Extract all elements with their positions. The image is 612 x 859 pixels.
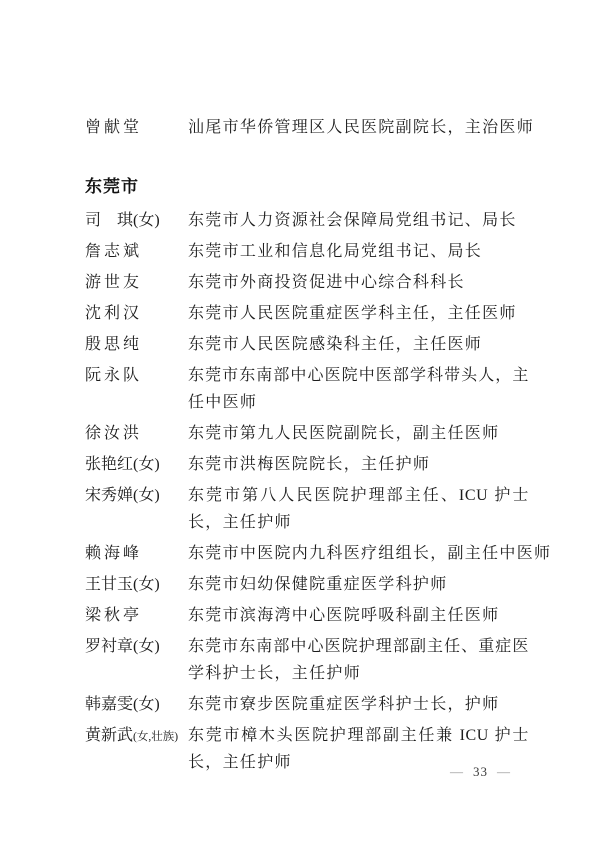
person-title: 东莞市外商投资促进中心综合科科长 [188, 269, 555, 296]
page-number-dash-right: — [497, 764, 511, 779]
person-name-text: 张艳红 [85, 456, 133, 473]
person-name-text: 沈利汉 [85, 305, 142, 322]
page-number-value: 33 [464, 764, 497, 779]
person-entry: 阮永队 东莞市东南部中心医院中医部学科带头人，主任中医师 [85, 362, 555, 416]
person-entry: 梁秋亭 东莞市滨海湾中心医院呼吸科副主任医师 [85, 602, 555, 629]
person-name: 罗衬章(女) [85, 633, 188, 660]
person-entry: 沈利汉 东莞市人民医院重症医学科主任，主任医师 [85, 300, 555, 327]
person-entry: 游世友 东莞市外商投资促进中心综合科科长 [85, 269, 555, 296]
person-title: 东莞市中医院内九科医疗组组长，副主任中医师 [188, 540, 555, 567]
person-name-text: 殷思纯 [85, 336, 142, 353]
person-title: 东莞市东南部中心医院护理部副主任、重症医学科护士长，主任护师 [188, 633, 555, 687]
person-title: 东莞市第九人民医院副院长，副主任医师 [188, 420, 555, 447]
person-name-text: 司 琪 [85, 212, 133, 229]
person-entry: 曾献堂 汕尾市华侨管理区人民医院副院长，主治医师 [85, 114, 555, 141]
person-title: 东莞市妇幼保健院重症医学科护师 [188, 571, 555, 598]
person-entry: 司 琪(女) 东莞市人力资源社会保障局党组书记、局长 [85, 207, 555, 234]
person-entry: 殷思纯 东莞市人民医院感染科主任，主任医师 [85, 331, 555, 358]
person-title-line: 长，主任护师 [188, 509, 555, 536]
person-name: 詹志斌 [85, 238, 188, 265]
person-name: 张艳红(女) [85, 451, 188, 478]
person-title-line: 东莞市第九人民医院副院长，副主任医师 [188, 420, 555, 447]
person-name-text: 詹志斌 [85, 243, 142, 260]
person-entry: 赖海峰 东莞市中医院内九科医疗组组长，副主任中医师 [85, 540, 555, 567]
person-name-text: 梁秋亭 [85, 607, 142, 624]
person-name: 王甘玉(女) [85, 571, 188, 598]
person-name-text: 阮永队 [85, 367, 142, 384]
person-name: 徐汝洪 [85, 420, 188, 447]
person-title-line: 任中医师 [188, 389, 555, 416]
person-name: 曾献堂 [85, 114, 188, 141]
person-title: 东莞市寮步医院重症医学科护士长，护师 [188, 691, 555, 718]
person-title-line: 东莞市洪梅医院院长，主任护师 [188, 451, 555, 478]
person-title: 汕尾市华侨管理区人民医院副院长，主治医师 [188, 114, 555, 141]
person-title-line: 东莞市东南部中心医院中医部学科带头人，主 [188, 362, 529, 389]
person-name-note: (女) [133, 576, 160, 593]
person-title: 东莞市第八人民医院护理部主任、ICU 护士长，主任护师 [188, 482, 555, 536]
person-title-line: 东莞市人力资源社会保障局党组书记、局长 [188, 207, 555, 234]
person-name: 梁秋亭 [85, 602, 188, 629]
person-entry: 韩嘉雯(女) 东莞市寮步医院重症医学科护士长，护师 [85, 691, 555, 718]
person-name: 司 琪(女) [85, 207, 188, 234]
person-name: 阮永队 [85, 362, 188, 389]
person-name: 殷思纯 [85, 331, 188, 358]
person-entry: 罗衬章(女) 东莞市东南部中心医院护理部副主任、重症医学科护士长，主任护师 [85, 633, 555, 687]
person-name: 游世友 [85, 269, 188, 296]
page-number: —33— [450, 763, 511, 781]
person-title-line: 东莞市东南部中心医院护理部副主任、重症医 [188, 633, 529, 660]
entry-list-previous-city: 曾献堂 汕尾市华侨管理区人民医院副院长，主治医师 [85, 114, 555, 141]
person-title: 东莞市人民医院感染科主任，主任医师 [188, 331, 555, 358]
person-entry: 宋秀婵(女) 东莞市第八人民医院护理部主任、ICU 护士长，主任护师 [85, 482, 555, 536]
person-title-line: 东莞市寮步医院重症医学科护士长，护师 [188, 691, 555, 718]
page-content: 曾献堂 汕尾市华侨管理区人民医院副院长，主治医师 东莞市 司 琪(女) 东莞市人… [85, 114, 555, 780]
person-name-note: (女) [133, 696, 160, 713]
person-title-line: 东莞市人民医院重症医学科主任，主任医师 [188, 300, 555, 327]
person-name-text: 黄新武 [85, 727, 133, 744]
person-title-line: 东莞市第八人民医院护理部主任、ICU 护士 [188, 482, 529, 509]
person-title: 东莞市人民医院重症医学科主任，主任医师 [188, 300, 555, 327]
person-title: 东莞市滨海湾中心医院呼吸科副主任医师 [188, 602, 555, 629]
person-name-note: (女) [133, 456, 160, 473]
person-name: 黄新武(女,壮族) [85, 722, 188, 751]
person-name-text: 韩嘉雯 [85, 696, 133, 713]
person-entry: 王甘玉(女) 东莞市妇幼保健院重症医学科护师 [85, 571, 555, 598]
person-name-text: 徐汝洪 [85, 425, 142, 442]
person-title: 东莞市人力资源社会保障局党组书记、局长 [188, 207, 555, 234]
person-title-line: 东莞市工业和信息化局党组书记、局长 [188, 238, 555, 265]
person-title-line: 东莞市樟木头医院护理部副主任兼 ICU 护士 [188, 722, 529, 749]
person-title-line: 汕尾市华侨管理区人民医院副院长，主治医师 [188, 114, 555, 141]
person-name-note: (女) [133, 212, 160, 229]
person-title-line: 学科护士长，主任护师 [188, 660, 555, 687]
person-name-note: (女) [133, 638, 160, 655]
person-name: 宋秀婵(女) [85, 482, 188, 509]
document-page: 曾献堂 汕尾市华侨管理区人民医院副院长，主治医师 东莞市 司 琪(女) 东莞市人… [0, 0, 612, 859]
person-title-line: 东莞市妇幼保健院重症医学科护师 [188, 571, 555, 598]
person-name-text: 赖海峰 [85, 545, 142, 562]
person-name: 赖海峰 [85, 540, 188, 567]
person-name-note: (女) [133, 487, 160, 504]
person-title-line: 东莞市外商投资促进中心综合科科长 [188, 269, 555, 296]
person-title-line: 东莞市人民医院感染科主任，主任医师 [188, 331, 555, 358]
person-title-line: 东莞市滨海湾中心医院呼吸科副主任医师 [188, 602, 555, 629]
person-name-text: 曾献堂 [85, 119, 142, 136]
person-name-text: 王甘玉 [85, 576, 133, 593]
person-name-note: (女,壮族) [133, 731, 178, 743]
person-title: 东莞市东南部中心医院中医部学科带头人，主任中医师 [188, 362, 555, 416]
person-title: 东莞市洪梅医院院长，主任护师 [188, 451, 555, 478]
entry-list-dongguan: 司 琪(女) 东莞市人力资源社会保障局党组书记、局长 詹志斌 东莞市工业和信息化… [85, 207, 555, 776]
section-heading: 东莞市 [85, 176, 555, 198]
person-entry: 徐汝洪 东莞市第九人民医院副院长，副主任医师 [85, 420, 555, 447]
person-name: 韩嘉雯(女) [85, 691, 188, 718]
person-title: 东莞市工业和信息化局党组书记、局长 [188, 238, 555, 265]
person-name: 沈利汉 [85, 300, 188, 327]
page-number-dash-left: — [450, 764, 464, 779]
person-entry: 詹志斌 东莞市工业和信息化局党组书记、局长 [85, 238, 555, 265]
person-name-text: 宋秀婵 [85, 487, 133, 504]
person-title-line: 东莞市中医院内九科医疗组组长，副主任中医师 [188, 540, 555, 567]
person-name-text: 罗衬章 [85, 638, 133, 655]
person-entry: 张艳红(女) 东莞市洪梅医院院长，主任护师 [85, 451, 555, 478]
person-name-text: 游世友 [85, 274, 142, 291]
